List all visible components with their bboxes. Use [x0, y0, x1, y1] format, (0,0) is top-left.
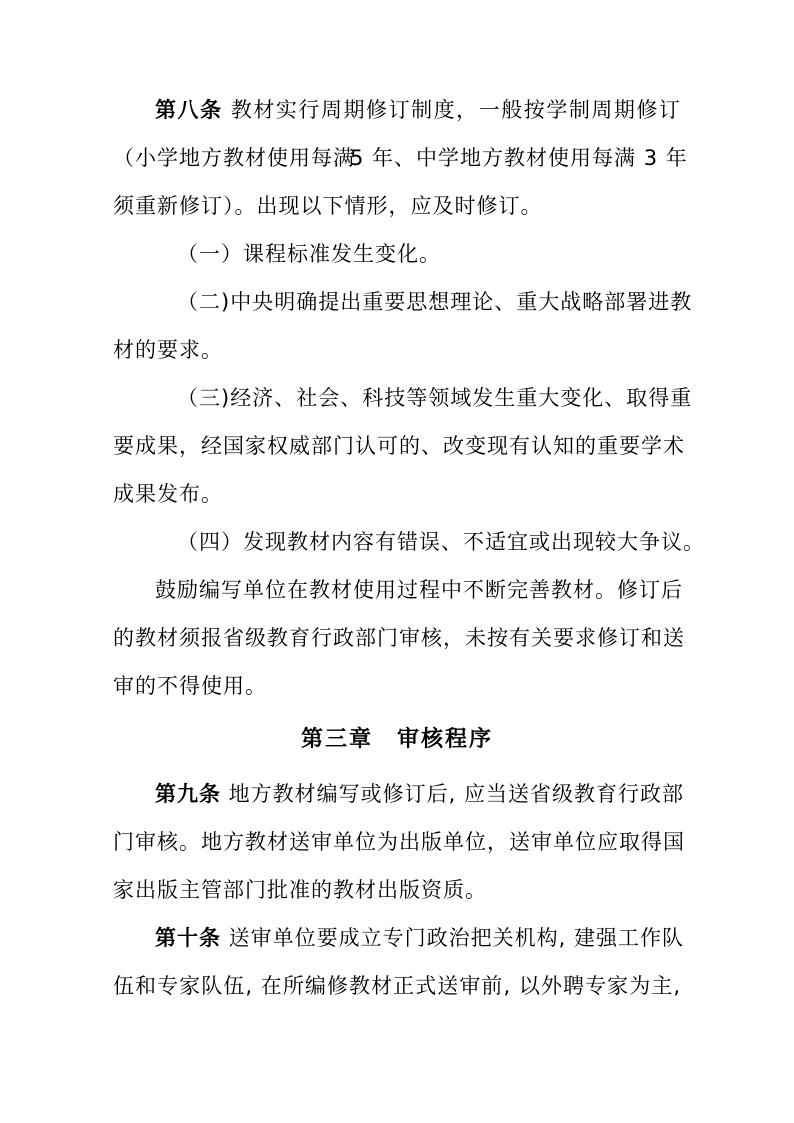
text-run: 伍和专家队伍, 在所编修教材正式送审前, 以外聘专家为主,: [113, 974, 681, 998]
text-run: 审的不得使用。: [113, 674, 267, 698]
text-run: 鼓励编写单位在教材使用过程中不断完善教材。修订后: [155, 578, 683, 602]
text-run: 的教材须报省级教育行政部门审核，未按有关要求修订和送: [113, 626, 685, 650]
chapter-heading: 第三章 审核程序: [113, 710, 681, 770]
text-line: 第九条 地方教材编写或修订后, 应当送省级教育行政部: [113, 770, 681, 818]
text-run: （三)经济、社会、科技等领域发生重大变化、取得重: [177, 386, 692, 410]
text-run: （一）课程标准发生变化。: [177, 242, 441, 266]
text-line: 材的要求。: [113, 326, 681, 374]
text-run: （四）发现教材内容有错误、不适宜或出现较大争议。: [177, 530, 705, 554]
text-run: 送审单位要成立专门政治把关机构, 建强工作队: [221, 926, 684, 950]
text-run: 须重新修订）。出现以下情形，应及时修订。: [113, 194, 543, 218]
text-run: 5: [350, 146, 364, 170]
text-run: 教材实行周期修订制度，一般按学制周期修订: [223, 98, 681, 122]
bold-run: 第八条: [155, 98, 223, 122]
text-line: 须重新修订）。出现以下情形，应及时修订。: [113, 182, 681, 230]
text-run: 门审核。地方教材送审单位为出版单位，送审单位应取得国: [113, 830, 685, 854]
text-line: 的教材须报省级教育行政部门审核，未按有关要求修订和送: [113, 614, 681, 662]
text-line: （三)经济、社会、科技等领域发生重大变化、取得重: [113, 374, 681, 422]
text-line: （小学地方教材使用每满5 年、中学地方教材使用每满 3 年: [113, 134, 681, 182]
text-line: 门审核。地方教材送审单位为出版单位，送审单位应取得国: [113, 818, 681, 866]
text-line: 伍和专家队伍, 在所编修教材正式送审前, 以外聘专家为主,: [113, 962, 681, 1010]
text-run: 年、中学地方教材使用每满 3 年: [364, 146, 687, 170]
text-line: 第十条 送审单位要成立专门政治把关机构, 建强工作队: [113, 914, 681, 962]
text-line: 家出版主管部门批准的教材出版资质。: [113, 866, 681, 914]
bold-run: 第十条: [155, 926, 221, 950]
text-run: （二)中央明确提出重要思想理论、重大战略部署进教: [177, 290, 692, 314]
text-line: 成果发布。: [113, 470, 681, 518]
text-line: （四）发现教材内容有错误、不适宜或出现较大争议。: [113, 518, 681, 566]
text-run: 材的要求。: [113, 338, 223, 362]
text-run: （小学地方教材使用每满: [113, 146, 355, 170]
text-run: 成果发布。: [113, 482, 223, 506]
text-line: （二)中央明确提出重要思想理论、重大战略部署进教: [113, 278, 681, 326]
text-run: 要成果，经国家权威部门认可的、改变现有认知的重要学术: [113, 434, 685, 458]
text-run: 地方教材编写或修订后, 应当送省级教育行政部: [221, 782, 684, 806]
bold-run: 第九条: [155, 782, 221, 806]
text-line: （一）课程标准发生变化。: [113, 230, 681, 278]
text-line: 第八条 教材实行周期修订制度，一般按学制周期修订: [113, 86, 681, 134]
text-run: 家出版主管部门批准的教材出版资质。: [113, 878, 487, 902]
document-page: 第八条 教材实行周期修订制度，一般按学制周期修订（小学地方教材使用每满5 年、中…: [0, 0, 794, 1123]
text-line: 鼓励编写单位在教材使用过程中不断完善教材。修订后: [113, 566, 681, 614]
bold-run: 第三章 审核程序: [301, 727, 493, 752]
text-line: 审的不得使用。: [113, 662, 681, 710]
text-line: 要成果，经国家权威部门认可的、改变现有认知的重要学术: [113, 422, 681, 470]
